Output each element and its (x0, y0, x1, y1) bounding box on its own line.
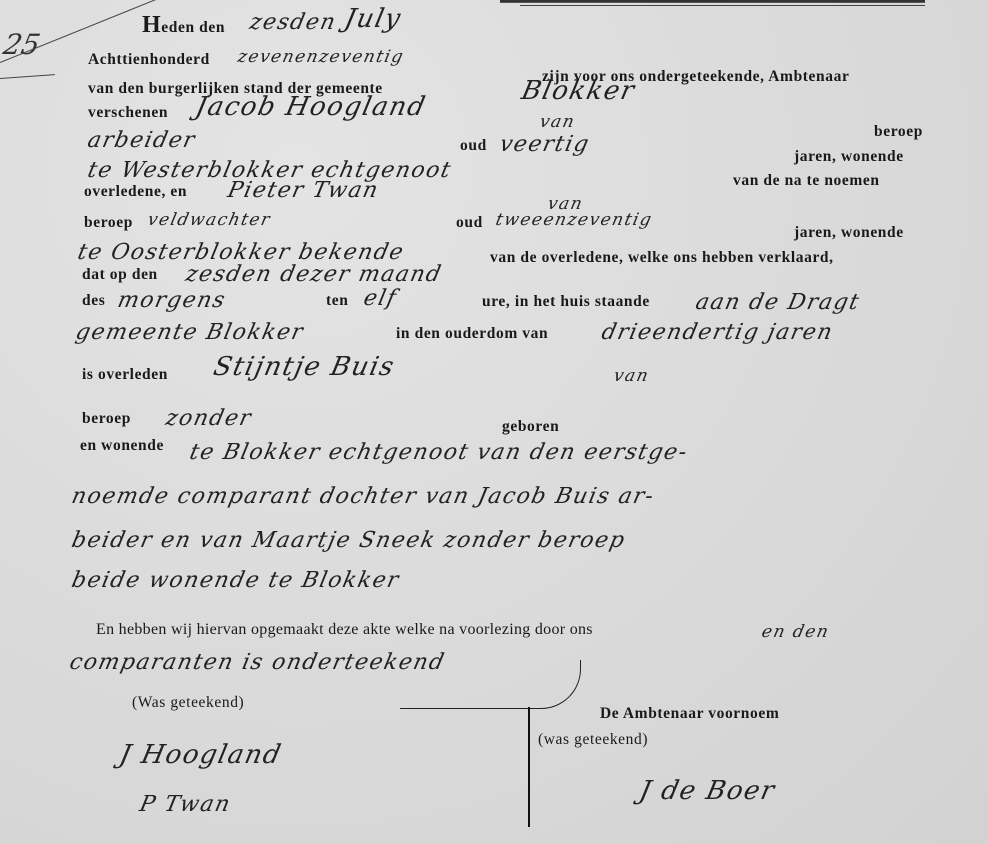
hw-declarant1-name: Jacob Hoogland (193, 92, 429, 122)
signature-declarant1: J Hoogland (117, 740, 285, 770)
hw-municipality: Blokker (519, 76, 638, 106)
signature-official: J de Boer (637, 776, 778, 806)
hw-declarant2-name: Pieter Twan (225, 178, 381, 203)
hw-declarant2-occupation: veldwachter (146, 210, 273, 230)
signature-divider-brace (528, 707, 530, 827)
printed-en-wonende: en wonende (80, 437, 164, 455)
printed-heden: Heden den (142, 12, 225, 39)
hw-line-a: te Blokker echtgenoot van den eerstge- (187, 440, 690, 465)
printed-ten: ten (326, 292, 348, 310)
printed-oud-1: oud (460, 137, 487, 155)
hw-hour: elf (361, 286, 399, 311)
brace-curve (400, 660, 581, 709)
printed-des: des (82, 292, 105, 310)
printed-was-signed-right: (was geteekend) (538, 731, 648, 749)
hw-month: July (342, 4, 405, 34)
hw-house-location: aan de Dragt (693, 290, 862, 315)
margin-record-number: 25 (0, 28, 43, 61)
hw-line-d: beide wonende te Blokker (69, 568, 402, 593)
document-page: 25 Heden den zesden July Achttienhonderd… (0, 0, 988, 844)
hw-line-b: noemde comparant dochter van Jacob Buis … (69, 484, 657, 509)
hw-declarant1-age: veertig (497, 132, 592, 157)
hw-declarant1-van: van (538, 112, 577, 132)
hw-year: zevenenzeventig (236, 47, 406, 67)
hw-closing-line2: comparanten is onderteekend (67, 650, 447, 675)
printed-dat-op-den: dat op den (82, 266, 158, 284)
printed-oud-2: oud (456, 214, 483, 232)
header-rule (500, 0, 925, 3)
printed-huis-staande: ure, in het huis staande (482, 293, 650, 311)
printed-ouderdom: in den ouderdom van (396, 325, 548, 343)
printed-na-te-noemen: van de na te noemen (733, 172, 880, 190)
printed-beroep-3: beroep (82, 410, 131, 428)
printed-geboren: geboren (502, 418, 559, 436)
hw-line-c: beider en van Maartje Sneek zonder beroe… (69, 528, 628, 553)
printed-jaren-wonende-2: jaren, wonende (794, 224, 904, 242)
hw-death-day: zesden dezer maand (183, 262, 444, 287)
hw-deceased-van: van (612, 366, 651, 386)
hw-closing-addition: en den (760, 622, 832, 642)
printed-jaren-wonende-1: jaren, wonende (794, 148, 904, 166)
margin-stroke (0, 74, 55, 79)
hw-age-deceased: drieendertig jaren (599, 320, 835, 345)
printed-verklaard: van de overledene, welke ons hebben verk… (490, 249, 834, 267)
hw-declarant2-age: tweeenzeventig (494, 210, 655, 230)
signature-declarant2: P Twan (137, 792, 233, 817)
printed-year-label: Achttienhonderd (88, 51, 210, 69)
header-rule-secondary (520, 5, 925, 6)
hw-day: zesden (247, 10, 338, 35)
printed-was-signed-left: (Was geteekend) (132, 694, 244, 712)
printed-official-title: De Ambtenaar voornoem (600, 705, 779, 723)
printed-beroep-2: beroep (84, 214, 133, 232)
printed-closing: En hebben wij hiervan opgemaakt deze akt… (96, 621, 593, 639)
printed-verschenen: verschenen (88, 104, 168, 122)
hw-time-of-day: morgens (115, 288, 228, 313)
hw-declarant1-occupation: arbeider (85, 128, 198, 153)
hw-deceased-name: Stijntje Buis (211, 352, 398, 382)
printed-beroep-1: beroep (874, 123, 923, 141)
printed-is-overleden: is overleden (82, 366, 168, 384)
hw-house-municipality: gemeente Blokker (73, 320, 306, 345)
printed-overledene-en: overledene, en (84, 183, 187, 201)
hw-deceased-occupation: zonder (163, 406, 254, 431)
